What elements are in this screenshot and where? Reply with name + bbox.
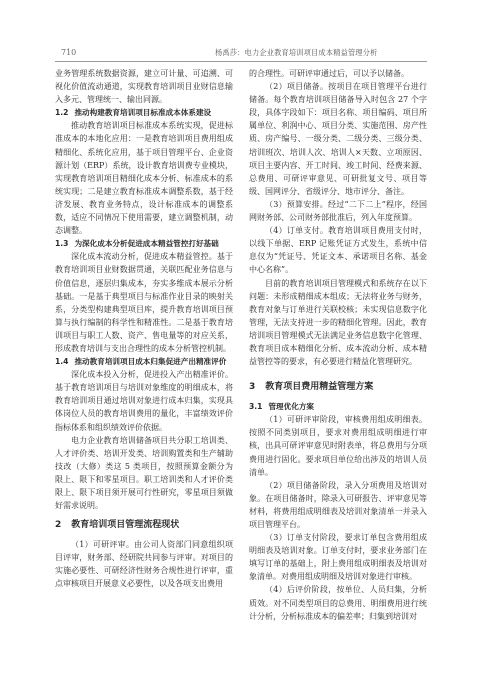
paragraph-item-4: （4）后评价阶段，按单位、人员归集，分析质效。对不同类型项目的总费用、明细费用进… (249, 583, 427, 622)
paragraph-item-3: （3）预算安排。经过“二下二上”程序，经国网财务部、公司财务部批准后，列入年度预… (249, 198, 427, 224)
header-rule (55, 61, 427, 62)
section-number: 3 (249, 382, 255, 392)
paragraph-item-1: （1）可研评审阶段，审核费用组成明细表。按照不同类别项目，要求对费用组成明细进行… (249, 413, 427, 478)
section-number: 1.3 (55, 239, 68, 248)
section-number: 2 (55, 520, 61, 530)
page-number: 710 (61, 48, 76, 57)
right-column: 的合理性。可研评审通过后，可以予以储备。 （2）项目储备。按项目在项目管理平台进… (249, 67, 427, 623)
section-title: 推动构建教育培训项目标准成本体系建设 (74, 108, 211, 117)
section-number: 1.2 (55, 108, 68, 117)
section-heading-3: 3教育项目费用精益管理方案 (249, 380, 427, 394)
section-heading-1-3: 1.3为深化成本分析促进成本精益管控打好基础 (55, 237, 233, 250)
section-title: 为深化成本分析促进成本精益管控打好基础 (74, 239, 218, 248)
section-title: 管理优化方案 (268, 402, 314, 411)
running-title: 杨禹莎：电力企业教育培训项目成本精益管理分析 (215, 48, 378, 58)
paragraph: 深化成本投入分析，促进投入产出精准评价。基于教育培训项目与培训对象维度的明细成本… (55, 368, 233, 433)
paragraph: 深化成本流动分析，促进成本精益管控。基于教育培训项目业财数据贯通，关联匹配业务信… (55, 250, 233, 355)
page-header: 710 杨禹莎：电力企业教育培训项目成本精益管理分析 (55, 45, 427, 61)
paragraph-continued: 业务管理系统数据资源，建立可计量、可追溯、可视化价值流动通道，实现教育培训项目业… (55, 67, 233, 106)
paragraph-item-4: （4）订单支付。教育培训项目费用支付时，以线下单据、ERP 记账凭证方式发生，系… (249, 224, 427, 276)
left-column: 业务管理系统数据资源，建立可计量、可追溯、可视化价值流动通道，实现教育培训项目业… (55, 67, 233, 591)
paragraph-item-2: （2）项目储备阶段，录入分项费用及培训对象。在项目储备时，除录入可研报告、评审意… (249, 479, 427, 531)
paragraph-problems: 目前的教育培训项目管理模式和系统存在以下问题：未形成精细成本组成；无法将业务与财… (249, 277, 427, 369)
section-heading-3-1: 3.1管理优化方案 (249, 400, 427, 413)
paragraph-continued: 的合理性。可研评审通过后，可以予以储备。 (249, 67, 427, 80)
paragraph-item-3: （3）订单支付阶段，要求订单包含费用组成明细表及培训对象。订单支付时，要求业务部… (249, 531, 427, 583)
section-heading-1-4: 1.4推动教育培训项目成本归集促进产出精准评价 (55, 355, 233, 368)
section-number: 3.1 (249, 402, 262, 411)
paragraph: 推动教育培训项目标准成本系统实现，促进标准成本的本地化应用：一是教育培训项目费用… (55, 119, 233, 237)
section-number: 1.4 (55, 357, 68, 366)
section-heading-1-2: 1.2推动构建教育培训项目标准成本体系建设 (55, 106, 233, 119)
paragraph-item-2: （2）项目储备。按项目在项目管理平台进行储备。每个教育培训项目储备导入时包含 2… (249, 80, 427, 198)
paragraph: 电力企业教育培训储备项目共分职工培训类、人才评价类、培训开发类、培训购置类和生产… (55, 434, 233, 513)
paragraph: （1）可研评审。由公司人资部门同意组织项目评审，财务部、经研院共同参与评审。对项… (55, 538, 233, 590)
section-title: 教育项目费用精益管理方案 (265, 382, 373, 392)
section-title: 推动教育培训项目成本归集促进产出精准评价 (74, 357, 226, 366)
section-heading-2: 2教育培训项目管理流程现状 (55, 518, 233, 532)
section-title: 教育培训项目管理流程现状 (71, 520, 179, 530)
